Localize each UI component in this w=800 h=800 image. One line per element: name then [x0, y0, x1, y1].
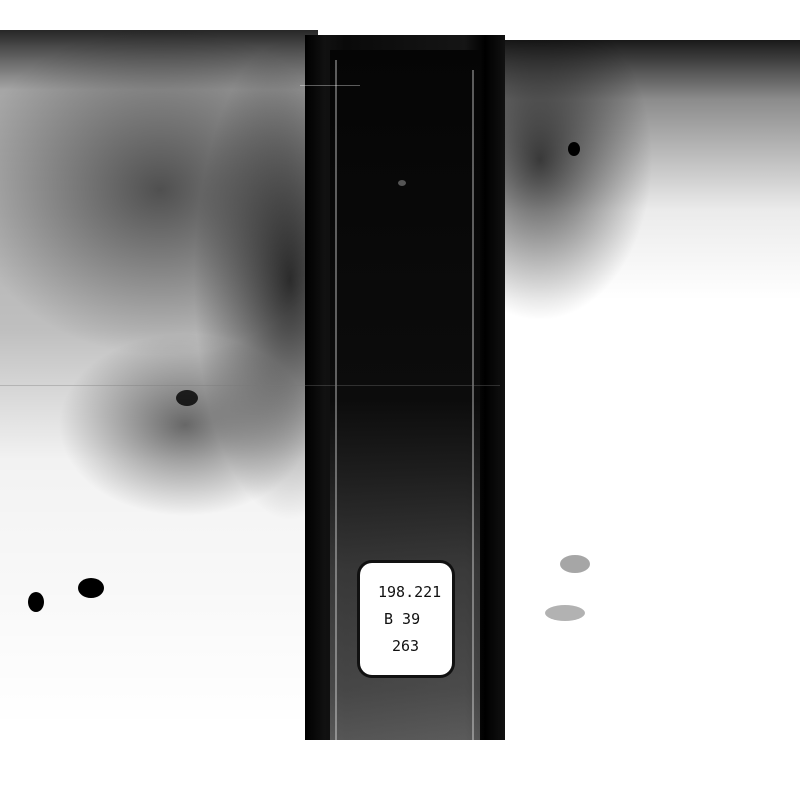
back-board — [500, 40, 800, 740]
stain-speck — [568, 142, 580, 156]
stain-speck — [398, 180, 406, 186]
scan-line — [0, 385, 500, 386]
call-number-label: 198.221 B 39 263 — [360, 563, 452, 675]
call-number-line3: 263 — [360, 633, 452, 660]
stain-speck — [28, 592, 44, 612]
stain-speck — [560, 555, 590, 573]
front-board — [0, 30, 318, 742]
call-number-line2: B 39 — [360, 606, 452, 633]
stain-speck — [176, 390, 198, 406]
stain-speck — [78, 578, 104, 598]
scuff-line — [300, 85, 360, 86]
spine-crease-left — [335, 60, 337, 740]
call-number-line1: 198.221 — [360, 579, 452, 606]
stain-speck — [545, 605, 585, 621]
spine-crease-right — [472, 70, 474, 740]
